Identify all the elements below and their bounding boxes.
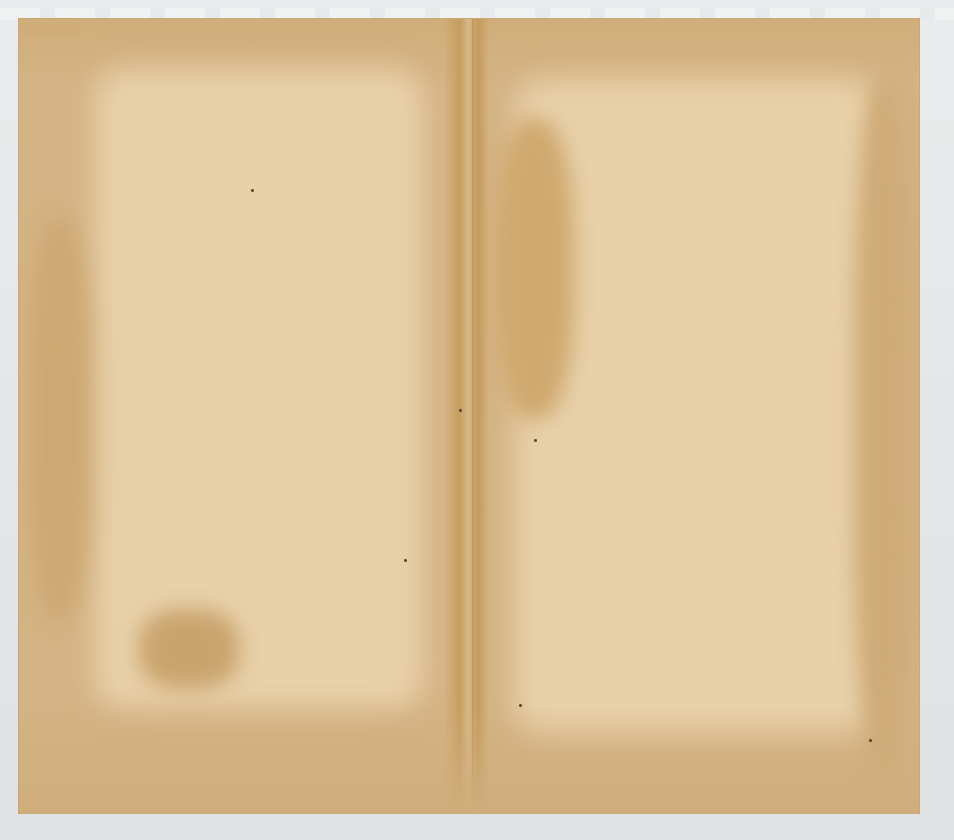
center-fold-stain xyxy=(444,19,489,813)
water-stain xyxy=(29,219,89,619)
speck xyxy=(251,189,254,192)
speck xyxy=(519,704,522,707)
water-stain xyxy=(494,119,574,419)
speck xyxy=(869,739,872,742)
paper-sheet xyxy=(19,19,919,813)
left-page xyxy=(19,19,474,813)
right-page xyxy=(474,19,919,813)
water-stain xyxy=(854,79,914,779)
speck xyxy=(404,559,407,562)
speck xyxy=(534,439,537,442)
bottom-stain-band xyxy=(19,703,919,813)
left-page-light-area xyxy=(94,69,424,709)
speck xyxy=(459,409,462,412)
center-fold-crease xyxy=(472,19,474,813)
water-stain xyxy=(139,609,239,689)
